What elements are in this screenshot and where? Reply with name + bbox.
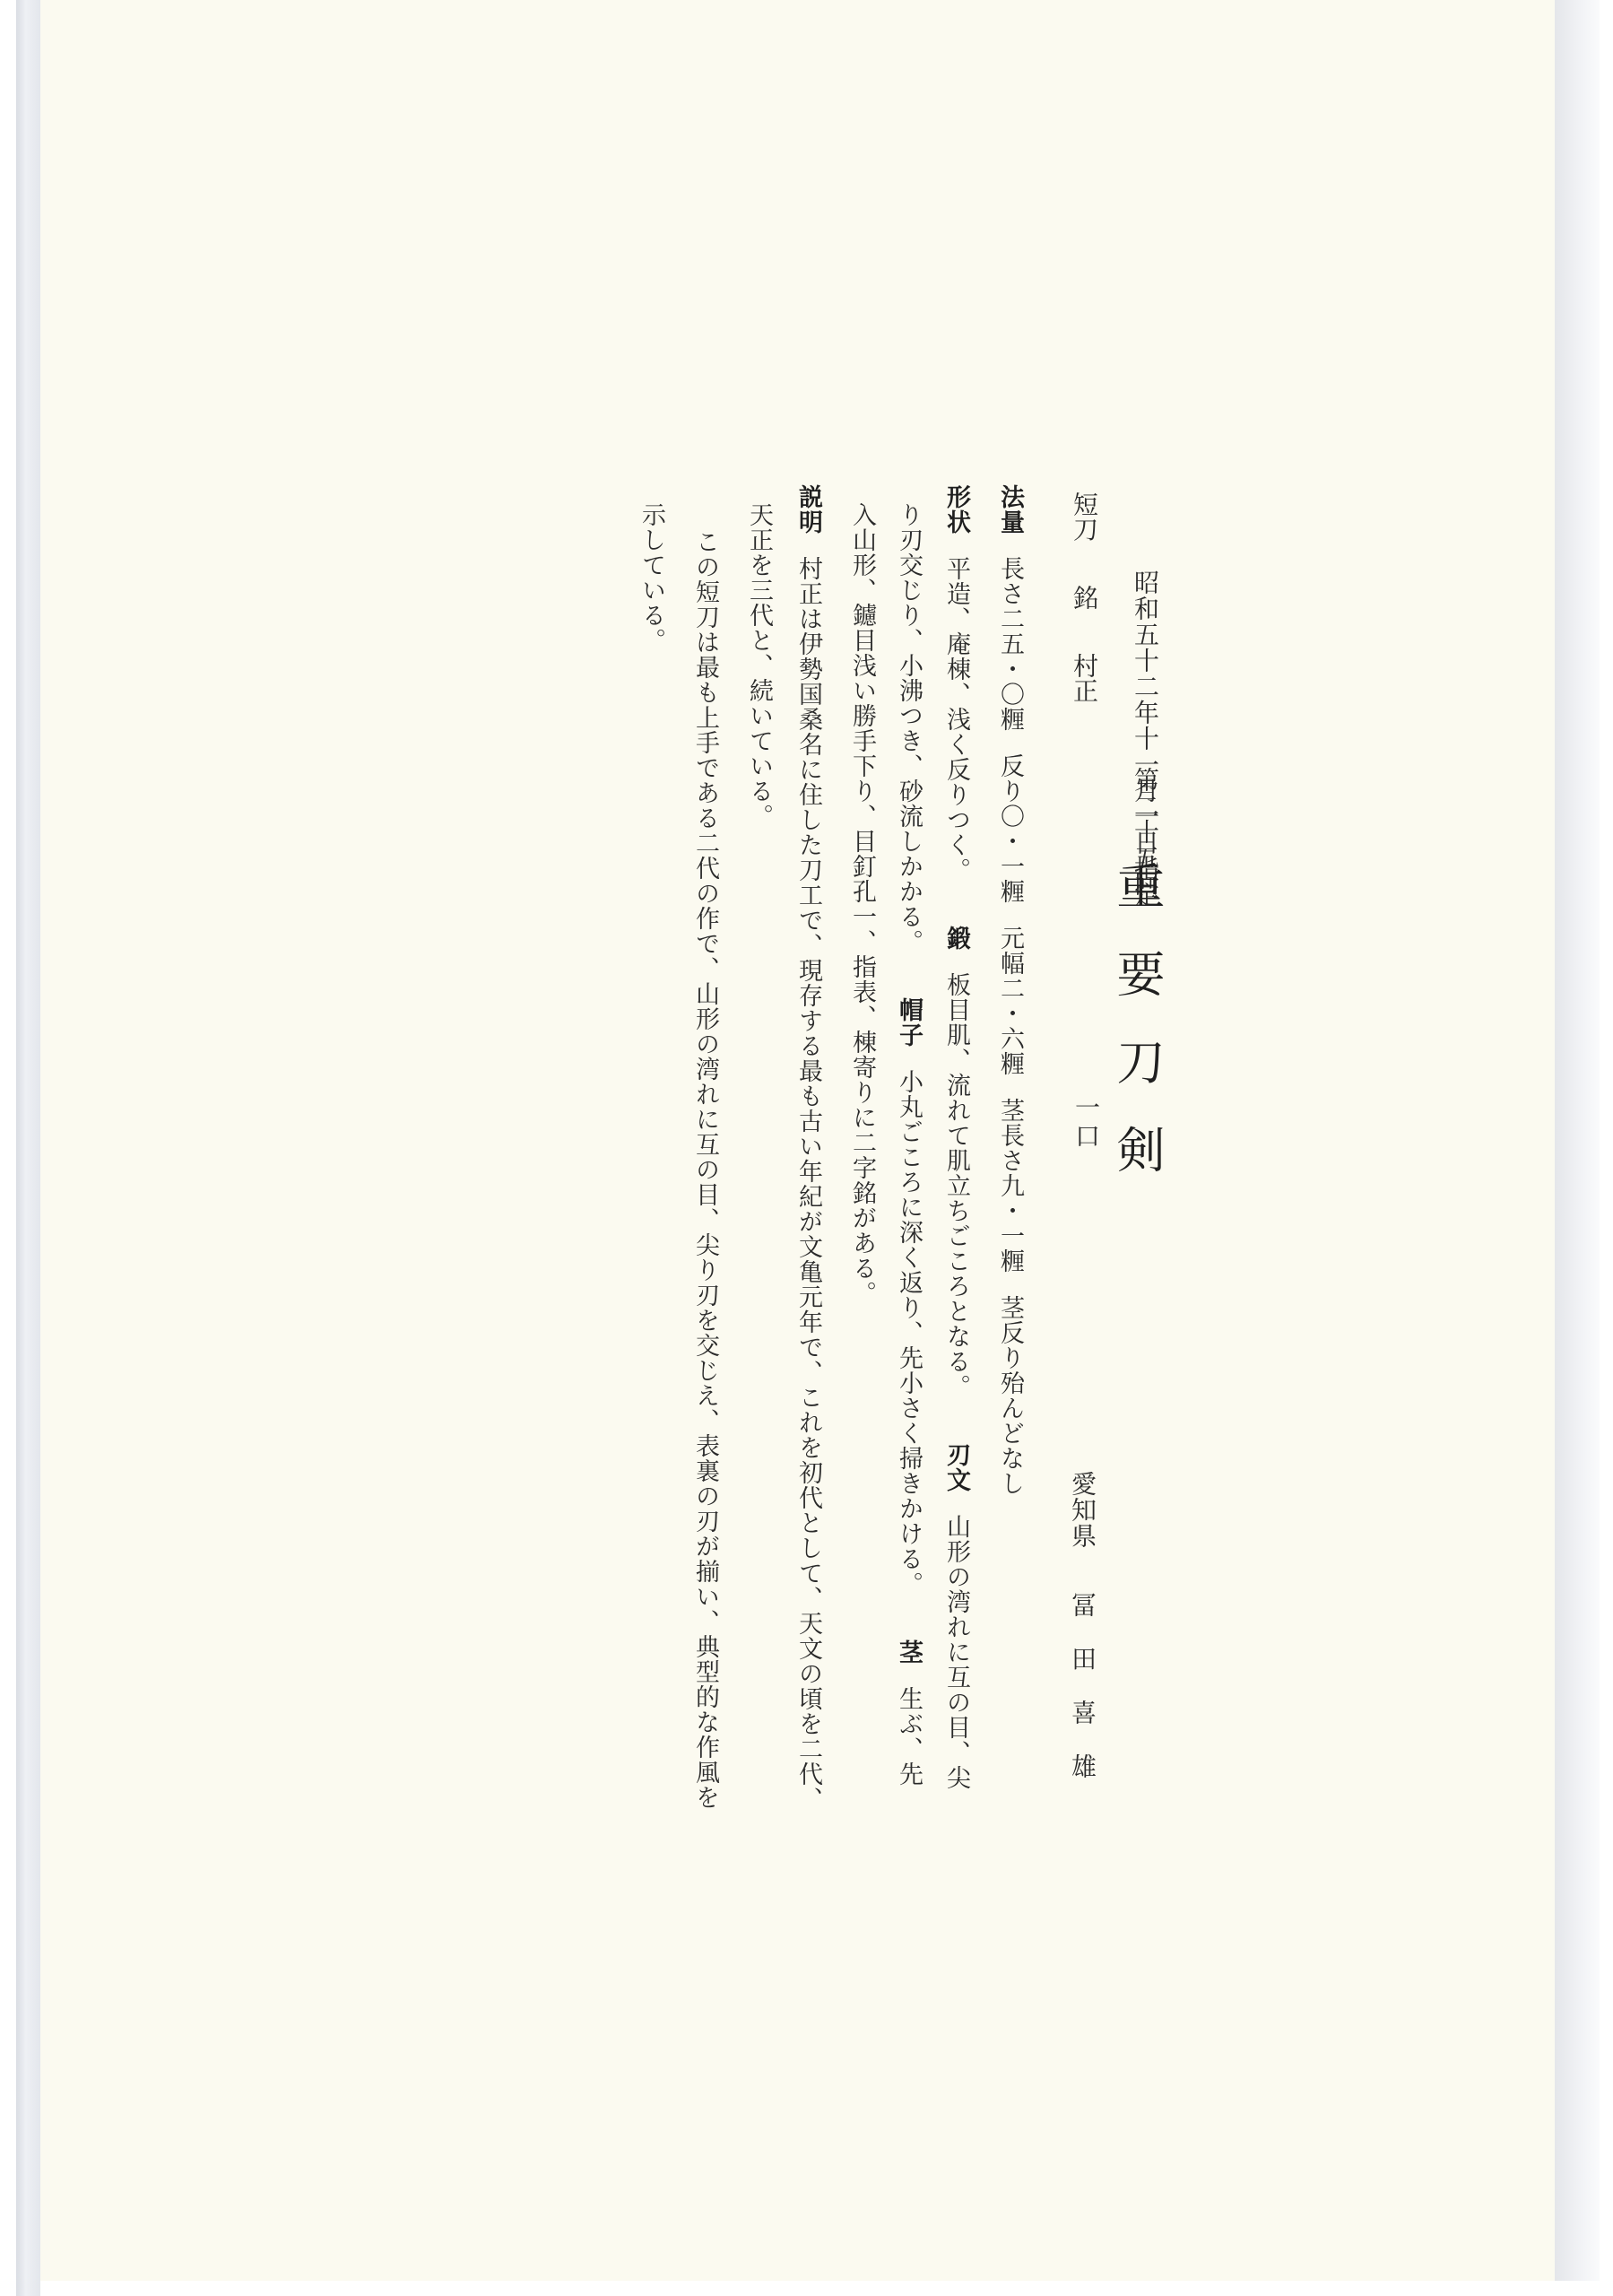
document-page: 昭和五十二年十一月一日指定 第二十五回 重要刀剣 一口 愛知県 冨田喜雄 短刀銘… xyxy=(40,0,1555,2281)
hamon-text: 山形の湾れに互の目、尖 xyxy=(942,1514,970,1790)
scanned-page: 昭和五十二年十一月一日指定 第二十五回 重要刀剣 一口 愛知県 冨田喜雄 短刀銘… xyxy=(0,0,1613,2296)
hamon-label: 刃文 xyxy=(942,1442,970,1492)
shape-forging-line: 形状平造、庵棟、浅く反りつく。鍛板目肌、流れて肌立ちごころとなる。刃文山形の湾れ… xyxy=(944,484,968,1790)
nakago-line: 入山形、鑢目浅い勝手下り、目釘孔一、指表、棟寄りに二字銘がある。 xyxy=(850,502,874,1306)
owner-name: 冨田喜雄 xyxy=(1070,1592,1095,1807)
explanation-line-3: この短刀は最も上手である二代の作で、山形の湾れに互の目、尖り刃を交じえ、表裏の刃… xyxy=(693,529,717,1810)
owner-prefecture: 愛知県 xyxy=(1070,1471,1095,1549)
nakago-text: 生ぶ、先 xyxy=(895,1686,923,1787)
page-title: 重要刀剣 xyxy=(1113,861,1161,1213)
explanation-text: 村正は伊勢国桑名に住した刀工で、現存する最も古い年紀が文亀元年で、これを初代とし… xyxy=(794,556,822,1812)
forging-label: 鍛 xyxy=(942,926,970,951)
blade-curvature: 反り〇・一糎 xyxy=(996,753,1024,904)
shape-text: 平造、庵棟、浅く反りつく。 xyxy=(942,556,970,883)
sword-name: 短刀銘村正 xyxy=(1071,491,1097,703)
measurements-line: 法量長さ二五・〇糎反り〇・一糎元幅二・六糎茎長さ九・一糎茎反り殆んどなし xyxy=(998,484,1022,1496)
base-width: 元幅二・六糎 xyxy=(996,926,1024,1076)
explanation-line-4: 示している。 xyxy=(639,502,663,653)
measurements-label: 法量 xyxy=(996,484,1024,535)
shape-label: 形状 xyxy=(942,484,970,535)
nakago-label: 茎 xyxy=(895,1639,923,1665)
tang-curvature: 茎反り殆んどなし xyxy=(996,1295,1024,1496)
boshi-text: 小丸ごころに深く返り、先小さく掃きかける。 xyxy=(895,1069,923,1596)
explanation-line-2: 天正を三代と、続いている。 xyxy=(747,502,771,829)
inscription-label: 銘 xyxy=(1071,585,1097,610)
forging-text: 板目肌、流れて肌立ちごころとなる。 xyxy=(942,972,970,1399)
boshi-label: 帽子 xyxy=(895,997,923,1048)
hamon-boshi-line: り刃交じり、小沸つき、砂流しかかる。帽子小丸ごころに深く返り、先小さく掃きかける… xyxy=(897,502,921,1787)
blade-length: 長さ二五・〇糎 xyxy=(996,556,1024,732)
sword-type: 短刀 xyxy=(1071,491,1097,542)
hamon-text-cont: り刃交じり、小沸つき、砂流しかかる。 xyxy=(895,502,923,954)
explanation-label: 説明 xyxy=(794,484,822,535)
scanner-edge-right xyxy=(1555,0,1600,2281)
item-count: 一口 xyxy=(1073,1094,1098,1152)
explanation-line-1: 説明村正は伊勢国桑名に住した刀工で、現存する最も古い年紀が文亀元年で、これを初代… xyxy=(796,484,820,1812)
tang-length: 茎長さ九・一糎 xyxy=(996,1098,1024,1274)
scanner-edge-left xyxy=(16,0,40,2296)
smith-name: 村正 xyxy=(1071,653,1097,703)
